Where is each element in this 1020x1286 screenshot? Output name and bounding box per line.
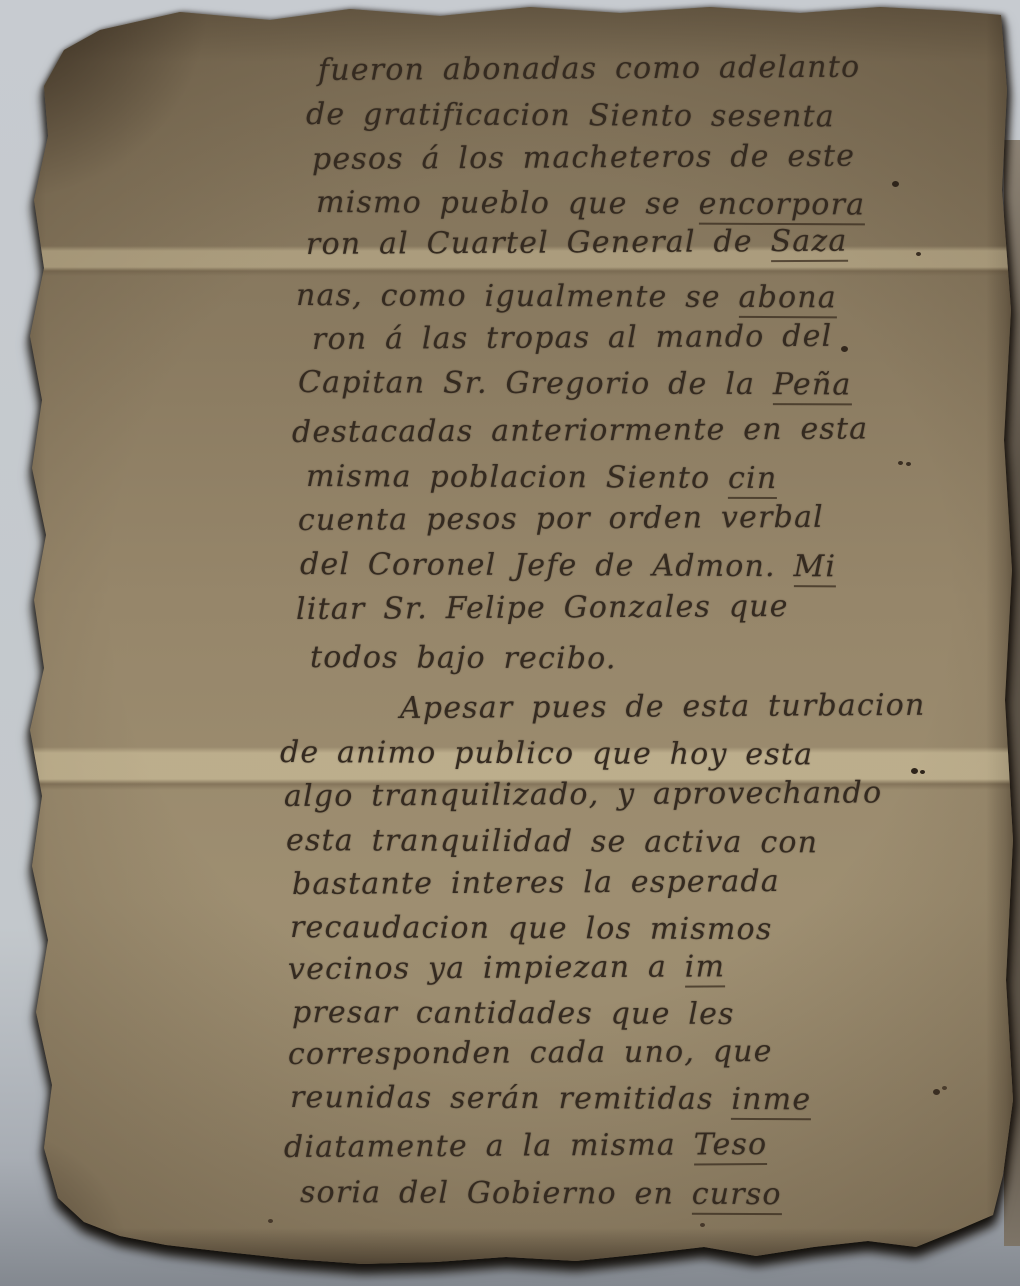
manuscript-line: ron al Cuartel General de Saza [306,227,848,260]
line-text: de animo publico que hoy esta [280,735,813,772]
manuscript-line: diatamente a la misma Teso [284,1130,768,1163]
manuscript-line: reunidas serán remitidas inme [290,1083,811,1115]
line-text: recaudacion que los mismos [290,910,773,947]
line-text: destacadas anteriormente en esta [292,411,869,450]
manuscript-line: litar Sr. Felipe Gonzales que [296,592,789,625]
manuscript-line: destacadas anteriormente en esta [292,414,869,448]
hyphenated-word: Peña [773,367,852,405]
hyphenated-word: Mi [793,549,836,587]
manuscript-line: esta tranquilidad se activa con [286,826,818,858]
line-text: vecinos ya impiezan a [288,950,685,987]
hyphenated-word: abona [738,280,837,318]
manuscript-line: Apesar pues de esta turbacion [400,691,926,724]
manuscript-line: recaudacion que los mismos [290,913,773,945]
manuscript-line: de animo publico que hoy esta [280,738,813,770]
manuscript-line: nas, como igualmente se abona [296,281,837,313]
hyphenated-word: inme [731,1082,811,1120]
line-text: diatamente a la misma [284,1127,694,1165]
line-text: cuenta pesos por orden verbal [298,500,824,538]
ink-specks [0,0,5,4]
line-text: misma poblacion Siento [306,459,728,496]
line-text: soria del Gobierno en [300,1175,692,1212]
line-text: ron al Cuartel General de [306,224,771,262]
manuscript-line: de gratificacion Siento sesenta [306,100,835,132]
hyphenated-word: im [685,949,726,987]
manuscript-page: fueron abonadas como adelanto de gratifi… [0,0,1020,1286]
manuscript-line: todos bajo recibo. [310,643,617,674]
manuscript-line: Capitan Sr. Gregorio de la Peña [298,368,852,400]
manuscript-line: fueron abonadas como adelanto [318,53,860,86]
line-text: corresponden cada uno, que [288,1034,773,1072]
hyphenated-word: Saza [770,224,847,262]
manuscript-line: del Coronel Jefe de Admon. Mi [300,550,836,582]
paper-shadow-wrap: fueron abonadas como adelanto de gratifi… [0,0,1020,1286]
manuscript-line: pesos á los macheteros de este [312,142,855,175]
manuscript-line: ron á las tropas al mando del [312,322,833,355]
handwritten-text-block: fueron abonadas como adelanto de gratifi… [0,0,1020,1286]
line-text: mismo pueblo que se [316,185,699,222]
line-text: algo tranquilizado, y aprovechando [284,775,883,814]
manuscript-line: mismo pueblo que se encorpora [316,188,865,220]
manuscript-line: soria del Gobierno en curso [300,1178,782,1210]
manuscript-line: bastante interes la esperada [292,867,780,900]
line-text: Capitan Sr. Gregorio de la [298,365,773,402]
manuscript-line: cuenta pesos por orden verbal [298,503,824,536]
manuscript-line: vecinos ya impiezan a im [288,952,725,985]
manuscript-line: algo tranquilizado, y aprovechando [284,778,882,812]
manuscript-line: presar cantidades que les [292,998,735,1030]
line-text: reunidas serán remitidas [290,1080,732,1117]
line-text: presar cantidades que les [292,995,735,1032]
manuscript-line: misma poblacion Siento cin [306,462,778,494]
line-text: pesos á los macheteros de este [312,139,855,177]
line-text: todos bajo recibo. [310,640,617,676]
hyphenated-word: curso [692,1177,782,1215]
line-text: bastante interes la esperada [292,864,780,902]
line-text: litar Sr. Felipe Gonzales que [296,589,789,627]
line-text: del Coronel Jefe de Admon. [300,547,794,584]
manuscript-line: corresponden cada uno, que [288,1037,773,1070]
hyphenated-word: Teso [694,1127,768,1165]
line-text: Apesar pues de esta turbacion [400,688,926,726]
line-text: nas, como igualmente se [296,278,739,315]
line-text: esta tranquilidad se activa con [286,823,818,860]
scan-background: fueron abonadas como adelanto de gratifi… [0,0,1020,1286]
line-text: fueron abonadas como adelanto [318,50,861,88]
hyphenated-word: encorpora [699,187,866,226]
hyphenated-word: cin [728,461,777,499]
line-text: ron á las tropas al mando del [312,319,833,357]
line-text: de gratificacion Siento sesenta [306,97,835,134]
